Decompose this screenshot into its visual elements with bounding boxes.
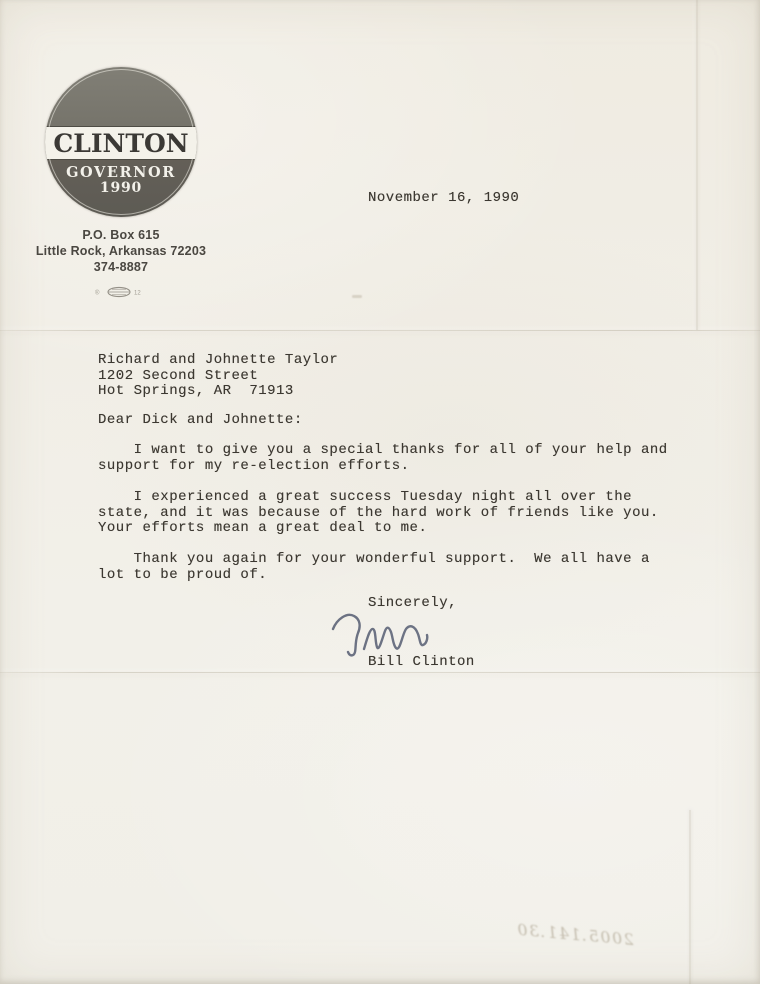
vertical-crease-bottom — [689, 810, 691, 984]
vertical-crease-top — [696, 0, 698, 330]
address-city-line: Little Rock, Arkansas 72203 — [21, 243, 221, 259]
logo-candidate-name: CLINTON — [53, 128, 188, 158]
body-paragraph: Thank you again for your wonderful suppo… — [98, 552, 650, 583]
logo-office-label: GOVERNOR — [45, 164, 197, 181]
body-paragraph: I want to give you a special thanks for … — [98, 443, 668, 474]
svg-text:12: 12 — [134, 291, 141, 297]
fold-crease-top — [0, 330, 760, 331]
body-paragraph: I experienced a great success Tuesday ni… — [98, 490, 659, 537]
campaign-logo: CLINTON GOVERNOR 1990 — [45, 67, 197, 217]
back-note-showthrough: 2005.141.30 — [493, 918, 634, 949]
address-po-box: P.O. Box 615 — [21, 227, 221, 243]
svg-text:®: ® — [95, 290, 100, 297]
signer-name: Bill Clinton — [368, 655, 475, 671]
union-bug-icon: ® 12 — [94, 286, 148, 298]
recipient-address: Richard and Johnette Taylor 1202 Second … — [98, 353, 338, 400]
salutation: Dear Dick and Johnette: — [98, 413, 303, 429]
logo-band: CLINTON — [45, 126, 197, 160]
letter-page: CLINTON GOVERNOR 1990 P.O. Box 615 Littl… — [0, 0, 760, 984]
logo-year-label: 1990 — [45, 180, 197, 196]
campaign-address-block: P.O. Box 615 Little Rock, Arkansas 72203… — [21, 227, 221, 275]
letter-date: November 16, 1990 — [368, 191, 519, 207]
fold-crease-bottom — [0, 672, 760, 673]
paper-speck — [352, 295, 362, 298]
address-phone: 374-8887 — [21, 259, 221, 275]
